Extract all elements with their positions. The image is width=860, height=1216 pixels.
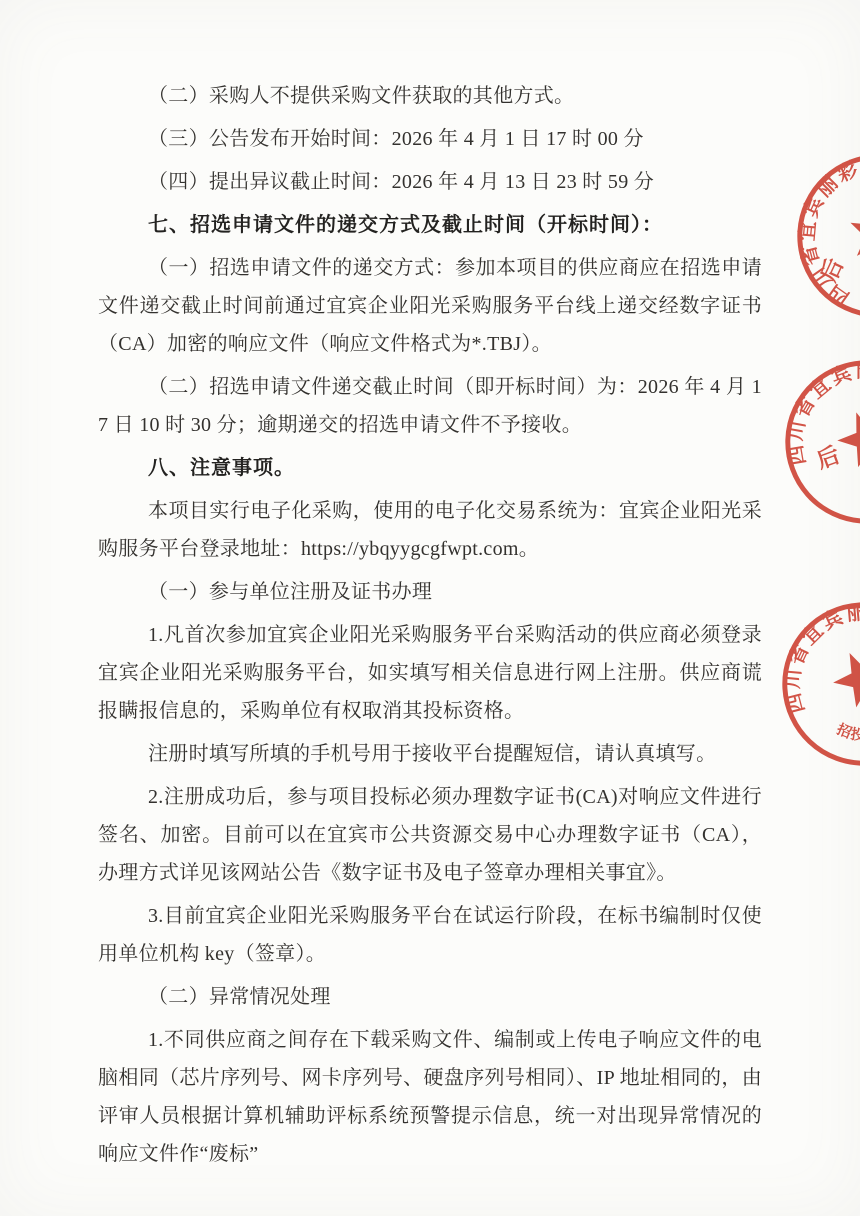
subheading-registration: （一）参与单位注册及证书办理 bbox=[98, 573, 762, 611]
svg-text:四川省宜宾丽彩集团: 四川省宜宾丽彩集团 bbox=[761, 336, 860, 471]
para-exception-1: 1.不同供应商之间存在下载采购文件、编制或上传电子响应文件的电脑相同（芯片序列号… bbox=[98, 1021, 762, 1173]
star-icon bbox=[825, 641, 860, 711]
seal-arc-label: 四川省宜宾丽彩集团 bbox=[754, 574, 860, 719]
para-platform-intro: 本项目实行电子化采购，使用的电子化交易系统为：宜宾企业阳光采购服务平台登录地址：… bbox=[98, 492, 762, 568]
para-clause-2-no-other-method: （二）采购人不提供采购文件获取的其他方式。 bbox=[98, 77, 762, 115]
seal-inner-label: 后 bbox=[813, 442, 843, 473]
seal-arc-label: 四川省宜宾丽彩集团 bbox=[769, 126, 860, 311]
heading-section-7: 七、招选申请文件的递交方式及截止时间（开标时间）： bbox=[98, 206, 762, 244]
para-phone-note: 注册时填写所填的手机号用于接收平台提醒短信，请认真填写。 bbox=[98, 735, 762, 773]
para-registration-3-key: 3.目前宜宾企业阳光采购服务平台在试运行阶段，在标书编制时仅使用单位机构 key… bbox=[98, 897, 762, 973]
para-clause-4-objection-deadline: （四）提出异议截止时间：2026 年 4 月 13 日 23 时 59 分 bbox=[98, 163, 762, 201]
para-registration-2-ca: 2.注册成功后，参与项目投标必须办理数字证书(CA)对响应文件进行签名、加密。目… bbox=[98, 778, 762, 892]
document-body: （二）采购人不提供采购文件获取的其他方式。 （三）公告发布开始时间：2026 年… bbox=[98, 77, 762, 1178]
para-submission-deadline: （二）招选申请文件递交截止时间（即开标时间）为：2026 年 4 月 17 日 … bbox=[98, 368, 762, 444]
subheading-exception-handling: （二）异常情况处理 bbox=[98, 978, 762, 1016]
para-clause-3-announce-start-time: （三）公告发布开始时间：2026 年 4 月 1 日 17 时 00 分 bbox=[98, 120, 762, 158]
svg-text:四川省宜宾丽彩集团: 四川省宜宾丽彩集团 bbox=[754, 574, 860, 719]
seal-arc-label: 四川省宜宾丽彩集团 bbox=[761, 336, 860, 471]
heading-section-8: 八、注意事项。 bbox=[98, 449, 762, 487]
star-icon bbox=[839, 198, 860, 270]
svg-text:四川省宜宾丽彩集团: 四川省宜宾丽彩集团 bbox=[769, 126, 860, 311]
official-seal-top: 四川省宜宾丽彩集团 后 bbox=[759, 116, 860, 355]
scanned-document-page: （二）采购人不提供采购文件获取的其他方式。 （三）公告发布开始时间：2026 年… bbox=[0, 0, 860, 1216]
para-submission-method: （一）招选申请文件的递交方式：参加本项目的供应商应在招选申请文件递交截止时间前通… bbox=[98, 249, 762, 363]
para-registration-1: 1.凡首次参加宜宾企业阳光采购服务平台采购活动的供应商必须登录宜宾企业阳光采购服… bbox=[98, 616, 762, 730]
official-seal-middle: 四川省宜宾丽彩集团 后 bbox=[752, 327, 860, 558]
